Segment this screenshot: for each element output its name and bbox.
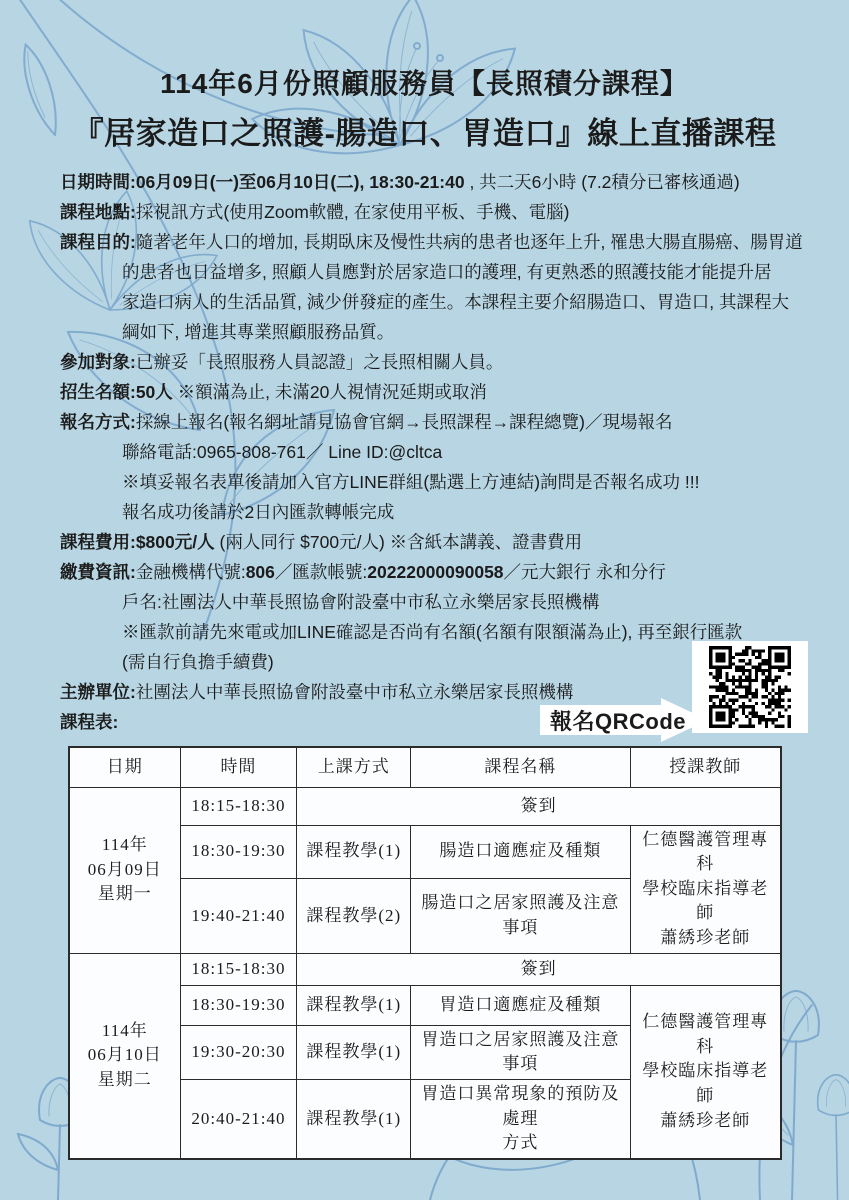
table-row: 114年 06月09日 星期一18:15-18:30簽到 <box>69 787 781 825</box>
table-cell: 簽到 <box>297 953 781 985</box>
table-header-cell: 日期 <box>69 747 180 787</box>
table-cell: 簽到 <box>297 787 781 825</box>
table-cell: 腸造口適應症及種類 <box>411 825 630 879</box>
info-line: ※填妥報名表單後請加入官方LINE群組(點選上方連結)詢問是否報名成功 !!! <box>60 467 820 497</box>
table-cell: 114年 06月09日 星期一 <box>69 787 180 953</box>
table-cell: 課程教學(1) <box>297 1025 411 1079</box>
table-cell: 課程教學(1) <box>297 1079 411 1158</box>
table-cell: 114年 06月10日 星期二 <box>69 953 180 1159</box>
info-line: 家造口病人的生活品質, 減少併發症的產生。本課程主要介紹腸造口、胃造口, 其課程… <box>60 287 820 317</box>
info-line: 綱如下, 增進其專業照顧服務品質。 <box>60 317 820 347</box>
info-line: 繳費資訊:金融機構代號:806／匯款帳號:20222000090058／元大銀行… <box>60 557 820 587</box>
info-line: 招生名額:50人 ※額滿為止, 未滿20人視情況延期或取消 <box>60 377 820 407</box>
table-cell: 18:30-19:30 <box>180 985 297 1025</box>
table-cell: 18:15-18:30 <box>180 787 297 825</box>
info-line: 的患者也日益增多, 照顧人員應對於居家造口的護理, 有更熟悉的照護技能才能提升居 <box>60 257 820 287</box>
poster-title-line1: 114年6月份照顧服務員【長照積分課程】 <box>30 62 819 102</box>
info-line: 參加對象:已辦妥「長照服務人員認證」之長照相關人員。 <box>60 347 820 377</box>
table-cell: 胃造口之居家照護及注意事項 <box>411 1025 630 1079</box>
info-line: 聯絡電話:0965-808-761／ Line ID:@cltca <box>60 437 820 467</box>
info-line: 戶名:社團法人中華長照協會附設臺中市私立永樂居家長照機構 <box>60 587 820 617</box>
table-cell: 19:30-20:30 <box>180 1025 297 1079</box>
table-cell: 18:30-19:30 <box>180 825 297 879</box>
poster-page: 114年6月份照顧服務員【長照積分課程】 『居家造口之照護-腸造口、胃造口』線上… <box>0 0 849 1200</box>
poster-content: 114年6月份照顧服務員【長照積分課程】 『居家造口之照護-腸造口、胃造口』線上… <box>0 0 849 1200</box>
info-line: 日期時間:06月09日(一)至06月10日(二), 18:30-21:40 , … <box>60 167 820 197</box>
table-header-cell: 課程名稱 <box>411 747 630 787</box>
table-cell: 仁德醫護管理專科 學校臨床指導老師 蕭綉珍老師 <box>630 985 781 1159</box>
table-cell: 20:40-21:40 <box>180 1079 297 1158</box>
table-cell: 胃造口適應症及種類 <box>411 985 630 1025</box>
course-table: 日期時間上課方式課程名稱授課教師114年 06月09日 星期一18:15-18:… <box>68 746 782 1160</box>
table-cell: 課程教學(2) <box>297 879 411 954</box>
info-line: 課程費用:$800元/人 (兩人同行 $700元/人) ※含紙本講義、證書費用 <box>60 527 820 557</box>
table-header-cell: 授課教師 <box>630 747 781 787</box>
info-line: 報名成功後請於2日內匯款轉帳完成 <box>60 497 820 527</box>
table-header-cell: 時間 <box>180 747 297 787</box>
table-row: 114年 06月10日 星期二18:15-18:30簽到 <box>69 953 781 985</box>
qr-callout-label: 報名QRCode <box>540 705 686 736</box>
table-cell: 仁德醫護管理專科 學校臨床指導老師 蕭綉珍老師 <box>630 825 781 953</box>
qr-code-box <box>692 641 808 733</box>
info-line: 報名方式:採線上報名(報名網址請見協會官網→長照課程→課程總覽)／現場報名 <box>60 407 820 437</box>
info-line: 課程目的:隨著老年人口的增加, 長期臥床及慢性共病的患者也逐年上升, 罹患大腸直… <box>60 227 820 257</box>
table-cell: 18:15-18:30 <box>180 953 297 985</box>
table-cell: 胃造口異常現象的預防及處理 方式 <box>411 1079 630 1158</box>
poster-title-line2: 『居家造口之照護-腸造口、胃造口』線上直播課程 <box>10 108 839 153</box>
table-cell: 課程教學(1) <box>297 985 411 1025</box>
table-cell: 腸造口之居家照護及注意事項 <box>411 879 630 954</box>
info-line: 課程地點:採視訊方式(使用Zoom軟體, 在家使用平板、手機、電腦) <box>60 197 820 227</box>
table-cell: 課程教學(1) <box>297 825 411 879</box>
table-header-cell: 上課方式 <box>297 747 411 787</box>
qr-code <box>709 646 791 728</box>
table-cell: 19:40-21:40 <box>180 879 297 954</box>
